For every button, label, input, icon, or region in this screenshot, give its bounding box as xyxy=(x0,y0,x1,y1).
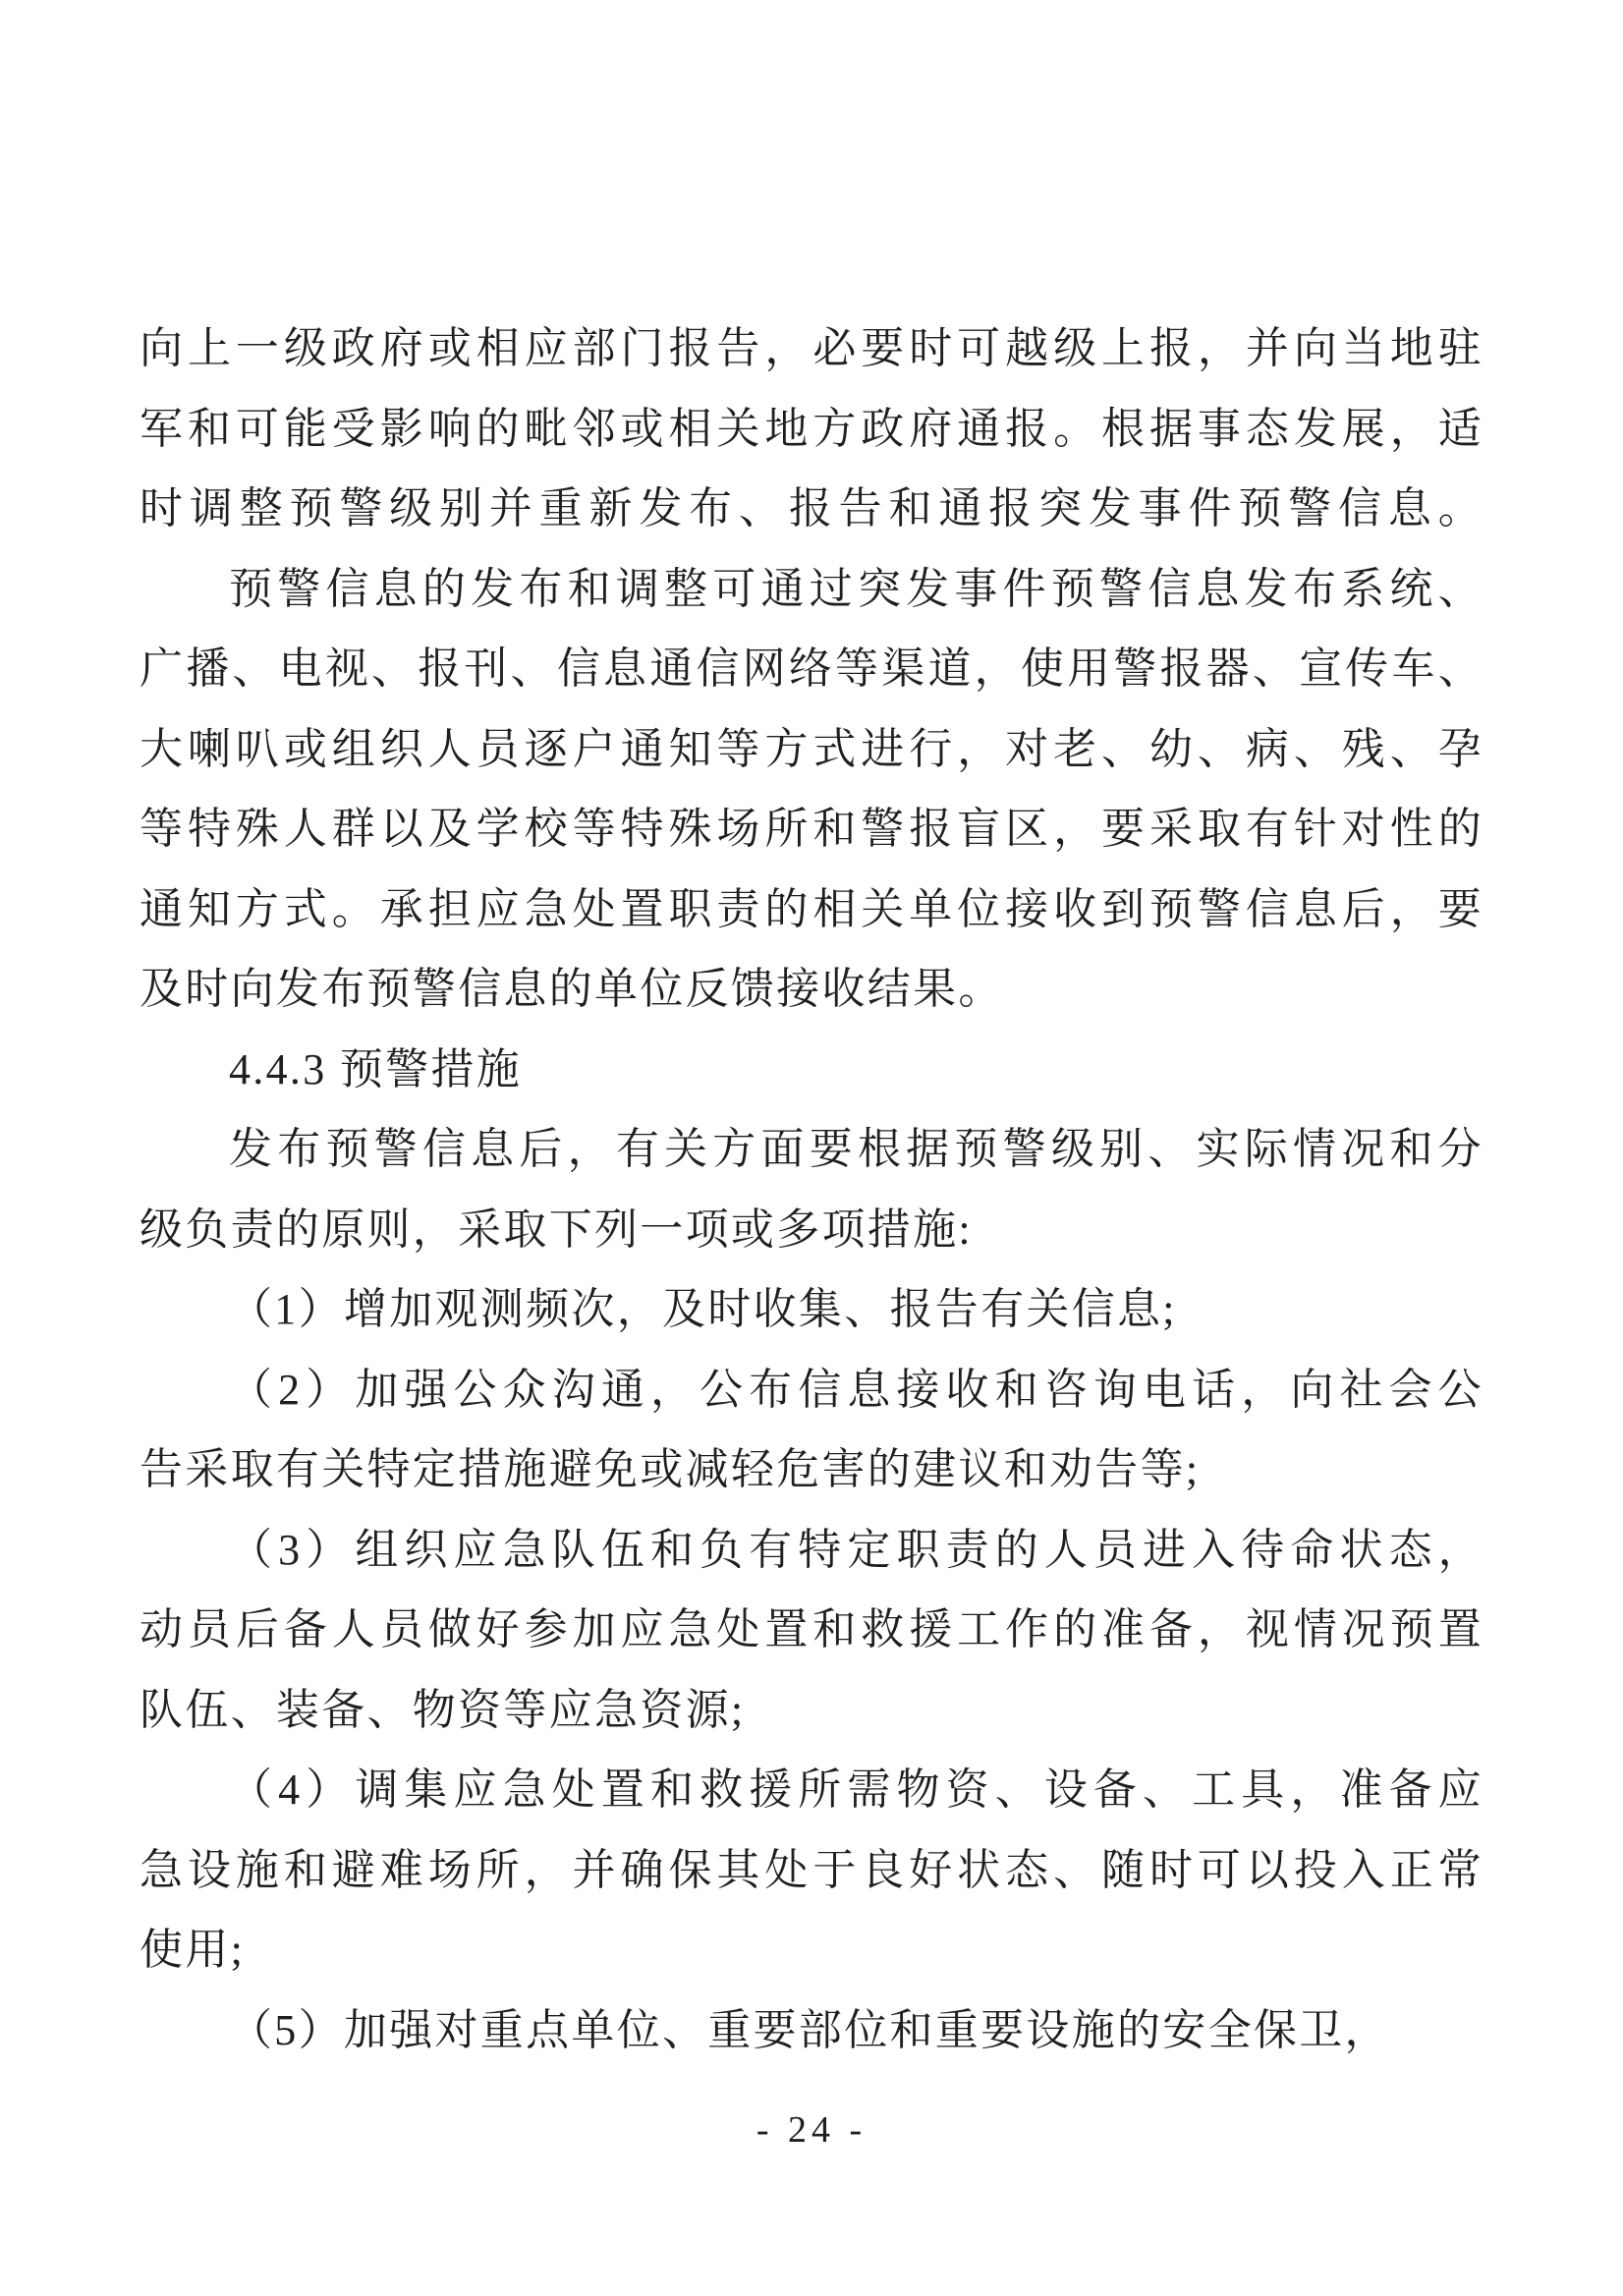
text-line: 发布预警信息后，有关方面要根据预警级别、实际情况和分 xyxy=(140,1109,1483,1190)
list-item-1-line: （1）增加观测频次，及时收集、报告有关信息; xyxy=(140,1269,1483,1350)
list-item-2-line: （2）加强公众沟通，公布信息接收和咨询电话，向社会公 xyxy=(140,1350,1483,1430)
text-line: 等特殊人群以及学校等特殊场所和警报盲区，要采取有针对性的 xyxy=(140,789,1483,869)
text-line: 及时向发布预警信息的单位反馈接收结果。 xyxy=(140,949,1483,1030)
text-line: 急设施和避难场所，并确保其处于良好状态、随时可以投入正常 xyxy=(140,1830,1483,1911)
list-item-5-line: （5）加强对重点单位、重要部位和重要设施的安全保卫， xyxy=(140,1990,1483,2071)
text-line: 通知方式。承担应急处置职责的相关单位接收到预警信息后，要 xyxy=(140,869,1483,950)
document-page: 向上一级政府或相应部门报告，必要时可越级上报，并向当地驻 军和可能受影响的毗邻或… xyxy=(0,0,1623,2296)
text-line: 级负责的原则，采取下列一项或多项措施: xyxy=(140,1190,1483,1270)
text-line: 告采取有关特定措施避免或减轻危害的建议和劝告等; xyxy=(140,1429,1483,1510)
text-line: 大喇叭或组织人员逐户通知等方式进行，对老、幼、病、残、孕 xyxy=(140,709,1483,790)
document-body: 向上一级政府或相应部门报告，必要时可越级上报，并向当地驻 军和可能受影响的毗邻或… xyxy=(140,308,1483,2070)
text-line: 军和可能受影响的毗邻或相关地方政府通报。根据事态发展，适 xyxy=(140,389,1483,470)
text-line: 使用; xyxy=(140,1910,1483,1990)
page-number: - 24 - xyxy=(0,2108,1623,2152)
list-item-4-line: （4）调集应急处置和救援所需物资、设备、工具，准备应 xyxy=(140,1750,1483,1830)
text-line: 向上一级政府或相应部门报告，必要时可越级上报，并向当地驻 xyxy=(140,308,1483,389)
text-line: 预警信息的发布和调整可通过突发事件预警信息发布系统、 xyxy=(140,549,1483,630)
text-line: 时调整预警级别并重新发布、报告和通报突发事件预警信息。 xyxy=(140,469,1483,549)
list-item-3-line: （3）组织应急队伍和负有特定职责的人员进入待命状态， xyxy=(140,1510,1483,1591)
section-heading-4-4-3: 4.4.3 预警措施 xyxy=(140,1030,1483,1110)
text-line: 队伍、装备、物资等应急资源; xyxy=(140,1670,1483,1751)
text-line: 广播、电视、报刊、信息通信网络等渠道，使用警报器、宣传车、 xyxy=(140,629,1483,709)
text-line: 动员后备人员做好参加应急处置和救援工作的准备，视情况预置 xyxy=(140,1590,1483,1670)
